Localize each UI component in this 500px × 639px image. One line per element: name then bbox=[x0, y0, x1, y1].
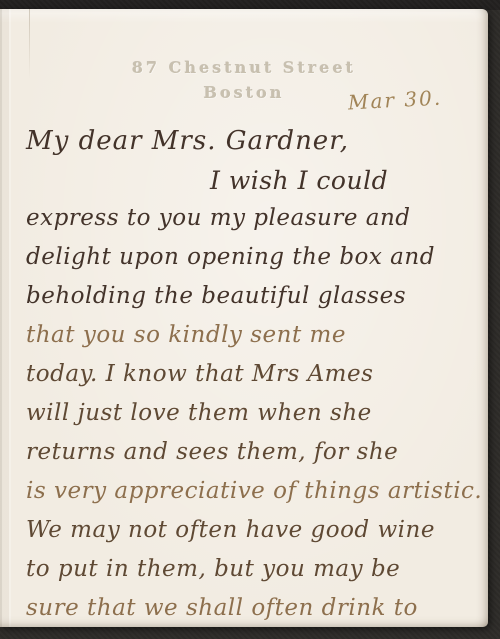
salutation-line: My dear Mrs. Gardner, bbox=[26, 126, 482, 166]
letter-line: that you so kindly sent me bbox=[26, 322, 482, 361]
letter-line: sure that we shall often drink to bbox=[26, 595, 482, 634]
letter-line: to put in them, but you may be bbox=[26, 556, 482, 595]
letter-paper: 87 Chestnut Street Boston Mar 30. My dea… bbox=[0, 9, 488, 627]
letter-line: I wish I could bbox=[26, 166, 482, 205]
letter-line: express to you my pleasure and bbox=[26, 205, 482, 244]
letter-line: will just love them when she bbox=[26, 400, 482, 439]
letter-line: is very appreciative of things artistic. bbox=[26, 478, 482, 517]
letter-line: We may not often have good wine bbox=[26, 517, 482, 556]
handwritten-date: Mar 30. bbox=[347, 86, 442, 115]
letter-body: My dear Mrs. Gardner, I wish I could exp… bbox=[26, 126, 482, 634]
letterhead-address: 87 Chestnut Street bbox=[0, 57, 488, 79]
letter-line: beholding the beautiful glasses bbox=[26, 283, 482, 322]
letter-line: returns and sees them, for she bbox=[26, 439, 482, 478]
letter-line: today. I know that Mrs Ames bbox=[26, 361, 482, 400]
letter-line: delight upon opening the box and bbox=[26, 244, 482, 283]
